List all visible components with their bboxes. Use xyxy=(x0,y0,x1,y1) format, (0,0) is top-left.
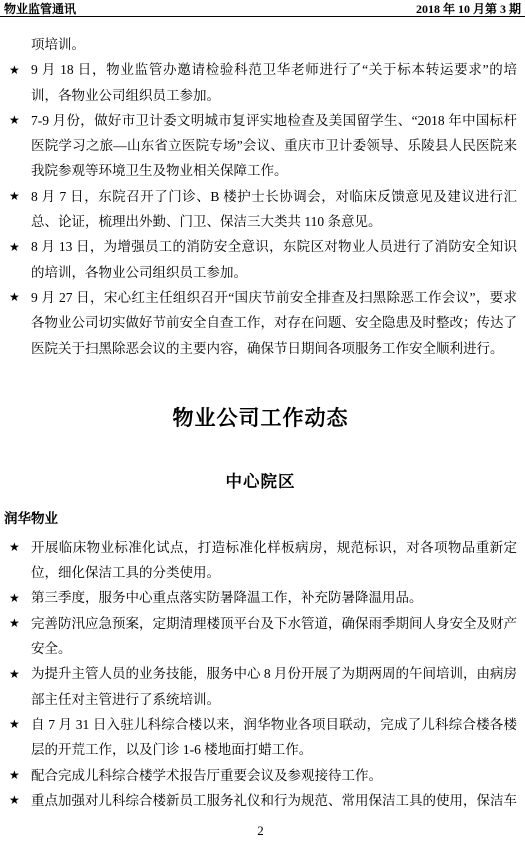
subsection-title-campus: 中心院区 xyxy=(4,471,517,493)
list-item-text: 为提升主管人员的业务技能，服务中心 8 月份开展了为期两周的午间培训，由病房部主… xyxy=(31,666,517,706)
list-item-text: 9 月 27 日，宋心红主任组织召开“国庆节前安全排查及扫黑除恶工作会议”，要求… xyxy=(31,290,517,356)
star-bullet-icon: ★ xyxy=(9,184,20,209)
list-item: ★ 自 7 月 31 日入驻儿科综合楼以来，润华物业各项目联动，完成了儿科综合楼… xyxy=(4,712,517,763)
company-title: 润华物业 xyxy=(4,510,517,528)
star-bullet-icon: ★ xyxy=(9,788,20,813)
page-footer: 2 xyxy=(4,821,517,840)
continued-paragraph: 项培训。 xyxy=(31,32,517,57)
page-body: 项培训。 ★ 9 月 18 日，物业监管办邀请检验科范卫华老师进行了“关于标本转… xyxy=(4,32,517,840)
list-item: ★ 为提升主管人员的业务技能，服务中心 8 月份开展了为期两周的午间培训，由病房… xyxy=(4,661,517,712)
issue-label: 2018 年 10 月第 3 期 xyxy=(416,2,521,16)
star-bullet-icon: ★ xyxy=(9,662,20,687)
list-item: ★ 8 月 7 日，东院召开了门诊、B 楼护士长协调会，对临床反馈意见及建议进行… xyxy=(4,184,517,235)
star-bullet-icon: ★ xyxy=(9,58,20,83)
star-bullet-icon: ★ xyxy=(9,586,20,611)
list-item: ★ 7-9 月份，做好市卫计委文明城市复评实地检查及美国留学生、“2018 年中… xyxy=(4,108,517,184)
page-header: 物业监管通讯 2018 年 10 月第 3 期 xyxy=(0,0,525,17)
list-item-text: 8 月 13 日，为增强员工的消防安全意识，东院区对物业人员进行了消防安全知识的… xyxy=(31,239,517,279)
list-item: ★ 第三季度，服务中心重点落实防暑降温工作，补充防暑降温用品。 xyxy=(4,585,517,610)
list-item: ★ 9 月 27 日，宋心红主任组织召开“国庆节前安全排查及扫黑除恶工作会议”，… xyxy=(4,285,517,361)
section-title: 物业公司工作动态 xyxy=(4,404,517,432)
star-bullet-icon: ★ xyxy=(9,285,20,310)
star-bullet-icon: ★ xyxy=(9,108,20,133)
list-item: ★ 完善防汛应急预案，定期清理楼顶平台及下水管道，确保雨季期间人身安全及财产安全… xyxy=(4,611,517,662)
list-item: ★ 配合完成儿科综合楼学术报告厅重要会议及参观接待工作。 xyxy=(4,763,517,788)
list-item-text: 重点加强对儿科综合楼新员工服务礼仪和行为规范、常用保洁工具的使用，保洁车 xyxy=(31,793,517,808)
star-bullet-icon: ★ xyxy=(9,535,20,560)
list-item-text: 自 7 月 31 日入驻儿科综合楼以来，润华物业各项目联动，完成了儿科综合楼各楼… xyxy=(31,717,517,757)
list-item-text: 8 月 7 日，东院召开了门诊、B 楼护士长协调会，对临床反馈意见及建议进行汇总… xyxy=(31,189,517,229)
list-item-text: 9 月 18 日，物业监管办邀请检验科范卫华老师进行了“关于标本转运要求”的培训… xyxy=(31,62,517,102)
list-item: ★ 开展临床物业标准化试点，打造标准化样板病房，规范标识，对各项物品重新定位，细… xyxy=(4,535,517,586)
list-item-text: 第三季度，服务中心重点落实防暑降温工作，补充防暑降温用品。 xyxy=(31,590,423,605)
list-item-text: 开展临床物业标准化试点，打造标准化样板病房，规范标识，对各项物品重新定位，细化保… xyxy=(31,540,517,580)
list-item: ★ 重点加强对儿科综合楼新员工服务礼仪和行为规范、常用保洁工具的使用，保洁车 xyxy=(4,788,517,813)
bullet-list-monthly-news: ★ 9 月 18 日，物业监管办邀请检验科范卫华老师进行了“关于标本转运要求”的… xyxy=(4,57,517,361)
star-bullet-icon: ★ xyxy=(9,235,20,260)
star-bullet-icon: ★ xyxy=(9,712,20,737)
star-bullet-icon: ★ xyxy=(9,611,20,636)
list-item-text: 配合完成儿科综合楼学术报告厅重要会议及参观接待工作。 xyxy=(31,768,382,783)
list-item: ★ 9 月 18 日，物业监管办邀请检验科范卫华老师进行了“关于标本转运要求”的… xyxy=(4,57,517,108)
list-item: ★ 8 月 13 日，为增强员工的消防安全意识，东院区对物业人员进行了消防安全知… xyxy=(4,234,517,285)
document-page: 物业监管通讯 2018 年 10 月第 3 期 项培训。 ★ 9 月 18 日，… xyxy=(0,0,525,849)
newsletter-title: 物业监管通讯 xyxy=(4,2,76,16)
list-item-text: 7-9 月份，做好市卫计委文明城市复评实地检查及美国留学生、“2018 年中国标… xyxy=(31,113,517,179)
star-bullet-icon: ★ xyxy=(9,763,20,788)
bullet-list-company-work: ★ 开展临床物业标准化试点，打造标准化样板病房，规范标识，对各项物品重新定位，细… xyxy=(4,535,517,813)
page-number: 2 xyxy=(257,823,264,838)
list-item-text: 完善防汛应急预案，定期清理楼顶平台及下水管道，确保雨季期间人身安全及财产安全。 xyxy=(31,616,517,656)
